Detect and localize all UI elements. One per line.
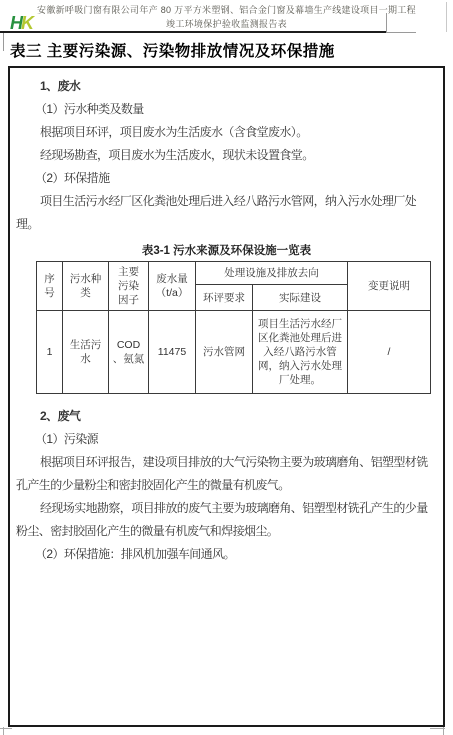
col-header-eia: 环评要求 (196, 285, 253, 311)
waste-gas-para1: 根据项目环评报告，建设项目排放的大气污染物主要为玻璃磨角、铝塑型材铣孔产生的少量… (16, 451, 437, 497)
table3-1: 序 号 污水种 类 主要 污染 因子 废水量 （t/a） 处理设施及排放去向 变… (36, 261, 431, 394)
wastewater-sub2: （2）环保措施 (16, 167, 437, 190)
row-cell-actual: 项目生活污水经厂区化粪池处理后进入经八路污水管网，纳入污水处理厂处理。 (253, 311, 348, 394)
waste-gas-sub1: （1）污染源 (16, 428, 437, 451)
waste-gas-sub2: （2）环保措施：排风机加强车间通风。 (16, 543, 437, 566)
bottom-right-crop-mark-v (443, 727, 444, 735)
table3-1-title: 表3-1 污水来源及环保设施一览表 (16, 242, 437, 258)
col-header-type: 污水种 类 (63, 262, 109, 311)
col-header-treatment-group: 处理设施及排放去向 (196, 262, 348, 285)
wastewater-para3: 项目生活污水经厂区化粪池处理后进入经八路污水管网，纳入污水处理厂处理。 (16, 190, 437, 236)
row-cell-amount: 11475 (149, 311, 196, 394)
waste-gas-heading: 2、废气 (16, 405, 437, 428)
header-crop-mark (386, 13, 387, 32)
row-cell-factor: COD 、氨氮 (109, 311, 149, 394)
hk-logo-letter-k: K (21, 13, 32, 33)
header-divider-rule (0, 31, 386, 33)
right-edge-mark (446, 2, 447, 32)
col-header-factor: 主要 污染 因子 (109, 262, 149, 311)
report-page: 安徽新呼吸门窗有限公司年产 80 万平方米塑钢、铝合金门窗及幕墙生产线建设项目一… (0, 0, 453, 735)
waste-gas-para2: 经现场实地勘察，项目排放的废气主要为玻璃磨角、铝塑型材铣孔产生的少量粉尘、密封胶… (16, 497, 437, 543)
hk-logo: HK (10, 14, 32, 32)
wastewater-heading: 1、废水 (16, 75, 437, 98)
wastewater-para1: 根据项目环评，项目废水为生活废水（含食堂废水）。 (16, 121, 437, 144)
content-box: 1、废水 （1）污水种类及数量 根据项目环评，项目废水为生活废水（含食堂废水）。… (8, 66, 445, 727)
col-header-actual: 实际建设 (253, 285, 348, 311)
row-cell-type: 生活污 水 (63, 311, 109, 394)
wastewater-sub1: （1）污水种类及数量 (16, 98, 437, 121)
col-header-amount: 废水量 （t/a） (149, 262, 196, 311)
wastewater-para2: 经现场勘查，项目废水为生活废水，现状未设置食堂。 (16, 144, 437, 167)
bottom-left-crop-mark-v (3, 727, 4, 735)
col-header-change: 变更说明 (348, 262, 431, 311)
left-margin-crop-mark (3, 33, 4, 51)
header-divider-extension (386, 32, 416, 33)
hk-logo-letter-h: H (10, 13, 21, 33)
col-header-no: 序 号 (37, 262, 63, 311)
row-cell-eia: 污水管网 (196, 311, 253, 394)
bottom-left-crop-mark-h (0, 728, 12, 729)
row-cell-change: / (348, 311, 431, 394)
row-cell-no: 1 (37, 311, 63, 394)
page-title: 表三 主要污染源、污染物排放情况及环保措施 (10, 39, 335, 61)
